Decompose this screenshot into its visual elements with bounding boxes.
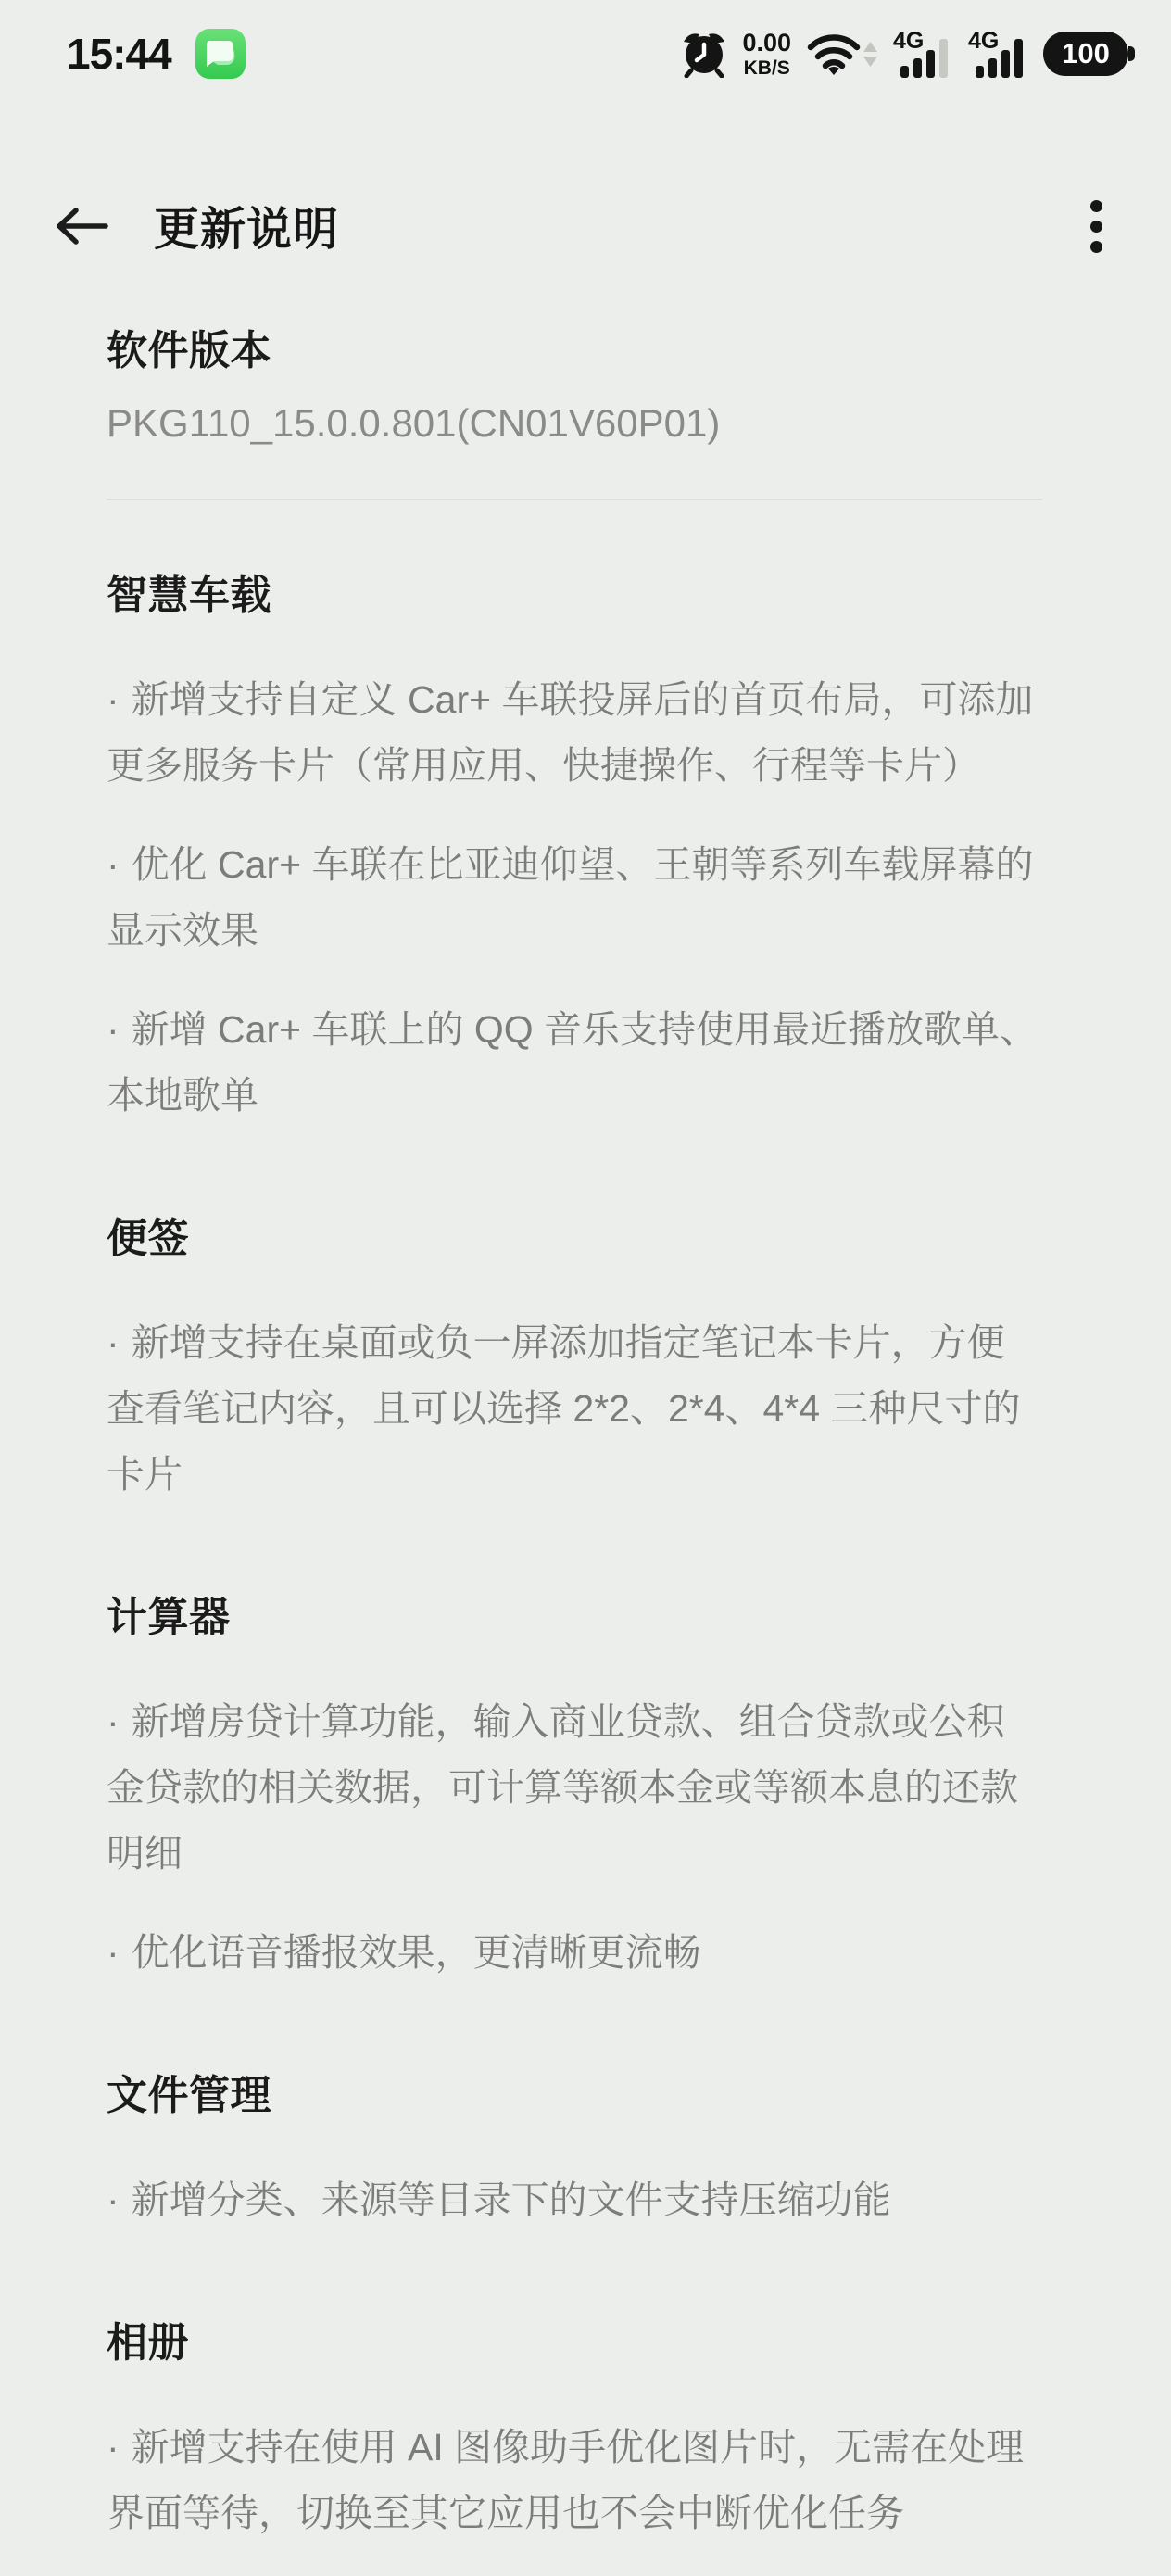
section-title: 相册: [107, 2317, 1042, 2370]
sim2-signal-icon: 4G: [968, 30, 1027, 78]
menu-dot: [1090, 241, 1102, 253]
bullet-marker: ·: [107, 678, 120, 721]
back-arrow-icon: [53, 204, 110, 248]
menu-dot: [1090, 200, 1102, 212]
section-calculator: 计算器 ·新增房贷计算功能，输入商业贷款、组合贷款或公积金贷款的相关数据，可计算…: [107, 1591, 1042, 1986]
battery-icon: 100: [1043, 32, 1128, 76]
section-title: 文件管理: [107, 2069, 1042, 2123]
wifi-traffic-arrows-icon: [863, 42, 877, 67]
bullet-marker: ·: [107, 1700, 120, 1743]
clock-text: 15:44: [67, 29, 171, 79]
bullet-marker: ·: [107, 2178, 120, 2221]
bullet-text: 新增支持在使用 AI 图像助手优化图片时，无需在处理界面等待，切换至其它应用也不…: [107, 2426, 1024, 2534]
update-notes-content: 软件版本 PKG110_15.0.0.801(CN01V60P01) 智慧车载 …: [107, 324, 1042, 2576]
software-version-label: 软件版本: [107, 324, 1042, 378]
bullet-text: 新增支持自定义 Car+ 车联投屏后的首页布局，可添加更多服务卡片（常用应用、快…: [107, 678, 1033, 787]
sim2-signal-bars: [976, 39, 1027, 78]
bullet-item: ·新增房贷计算功能，输入商业贷款、组合贷款或公积金贷款的相关数据，可计算等额本金…: [107, 1689, 1042, 1887]
battery-level: 100: [1062, 37, 1110, 70]
bullet-text: 新增 Car+ 车联上的 QQ 音乐支持使用最近播放歌单、本地歌单: [107, 1008, 1038, 1117]
section-file-manager: 文件管理 ·新增分类、来源等目录下的文件支持压缩功能: [107, 2069, 1042, 2233]
bullet-item: ·新增支持自定义 Car+ 车联投屏后的首页布局，可添加更多服务卡片（常用应用、…: [107, 667, 1042, 799]
bullet-marker: ·: [107, 1931, 120, 1974]
section-smart-car: 智慧车载 ·新增支持自定义 Car+ 车联投屏后的首页布局，可添加更多服务卡片（…: [107, 569, 1042, 1129]
back-button[interactable]: [46, 194, 117, 259]
bullet-text: 新增支持在桌面或负一屏添加指定笔记本卡片，方便查看笔记内容，且可以选择 2*2、…: [107, 1321, 1020, 1496]
page-title: 更新说明: [154, 194, 339, 259]
bullet-item: ·优化语音播报效果，更清晰更流畅: [107, 1920, 1042, 1986]
bullet-marker: ·: [107, 1321, 120, 1364]
bullet-text: 新增分类、来源等目录下的文件支持压缩功能: [132, 2178, 891, 2221]
status-bar-left: 15:44: [67, 29, 246, 79]
sim1-signal-icon: 4G: [893, 30, 952, 78]
bullet-item: ·新增分类、来源等目录下的文件支持压缩功能: [107, 2167, 1042, 2233]
bullet-text: 优化语音播报效果，更清晰更流畅: [132, 1931, 701, 1974]
menu-dot: [1090, 221, 1102, 233]
bullet-item: ·优化 Car+ 车联在比亚迪仰望、王朝等系列车载屏幕的显示效果: [107, 832, 1042, 964]
section-notes: 便签 ·新增支持在桌面或负一屏添加指定笔记本卡片，方便查看笔记内容，且可以选择 …: [107, 1212, 1042, 1508]
wifi-icon: [807, 32, 861, 76]
section-title: 计算器: [107, 1591, 1042, 1645]
bullet-item: ·新增支持在桌面或负一屏添加指定笔记本卡片，方便查看笔记内容，且可以选择 2*2…: [107, 1310, 1042, 1508]
app-header: 更新说明: [0, 182, 1171, 271]
network-speed-indicator: 0.00 KB/S: [742, 31, 791, 78]
network-speed-unit: KB/S: [744, 58, 790, 78]
alarm-clock-icon: [682, 30, 726, 78]
network-speed-value: 0.00: [742, 31, 791, 56]
bullet-item: ·新增 Car+ 车联上的 QQ 音乐支持使用最近播放歌单、本地歌单: [107, 997, 1042, 1129]
bullet-marker: ·: [107, 2426, 120, 2469]
section-title: 便签: [107, 1212, 1042, 1266]
bullet-item: ·新增支持在使用 AI 图像助手优化图片时，无需在处理界面等待，切换至其它应用也…: [107, 2415, 1042, 2546]
bullet-text: 新增房贷计算功能，输入商业贷款、组合贷款或公积金贷款的相关数据，可计算等额本金或…: [107, 1700, 1018, 1875]
divider: [107, 499, 1042, 500]
section-gallery: 相册 ·新增支持在使用 AI 图像助手优化图片时，无需在处理界面等待，切换至其它…: [107, 2317, 1042, 2546]
update-notes-screen: 15:44 0.00 KB/S: [0, 0, 1171, 2576]
status-bar-right: 0.00 KB/S 4G: [682, 30, 1128, 78]
messages-app-icon: [195, 29, 246, 79]
wifi-indicator: [807, 32, 877, 76]
section-title: 智慧车载: [107, 569, 1042, 623]
bullet-text: 优化 Car+ 车联在比亚迪仰望、王朝等系列车载屏幕的显示效果: [107, 843, 1033, 952]
bullet-marker: ·: [107, 843, 120, 886]
bullet-marker: ·: [107, 1008, 120, 1051]
software-version-section: 软件版本 PKG110_15.0.0.801(CN01V60P01): [107, 324, 1042, 500]
chat-bubble-icon: [205, 39, 236, 69]
sim1-signal-bars: [900, 39, 952, 78]
more-menu-button[interactable]: [1067, 195, 1125, 258]
software-version-value: PKG110_15.0.0.801(CN01V60P01): [107, 398, 1042, 449]
status-bar: 15:44 0.00 KB/S: [0, 24, 1171, 83]
